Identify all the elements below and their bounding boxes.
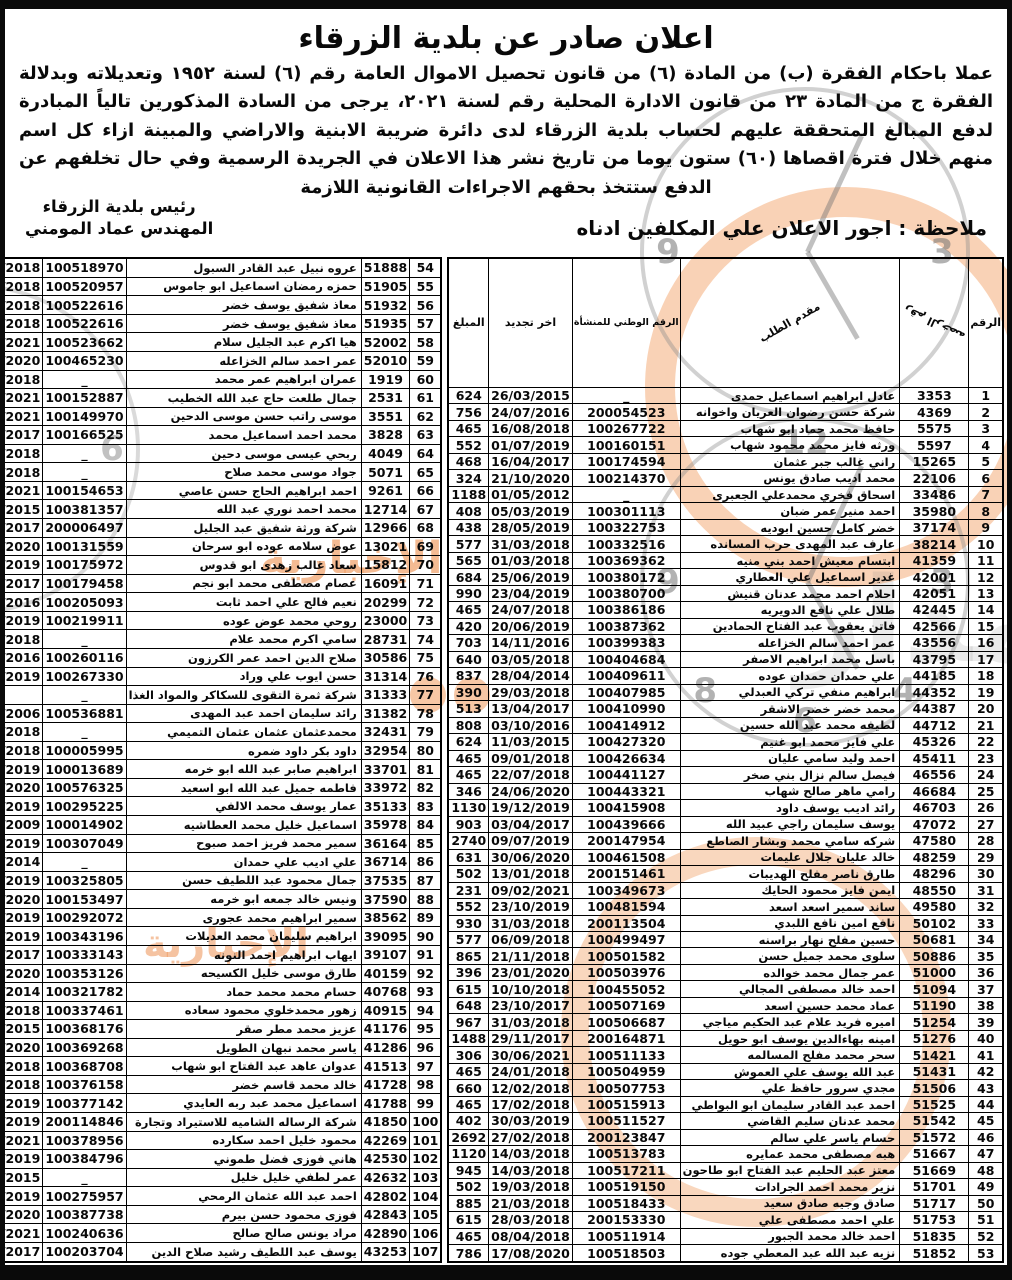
last-renewal-date: 24/06/2020 <box>489 783 573 799</box>
table-row: 8636714علي اديب علي حمدان_13/02/20141215 <box>0 853 441 872</box>
last-renewal-date: 01/03/2018 <box>489 552 573 568</box>
row-number: 87 <box>410 871 442 890</box>
applicant-name: نزيه عبد الله عبد المعطي جوده <box>680 1245 900 1262</box>
table-row: 8536164سمير محمد فريز احمد صبوح100307049… <box>0 834 441 853</box>
applicant-name: محمد احمد نوري عبد الله <box>126 500 361 519</box>
table-row: 4251431عبد الله يوسف علي العموش100504959… <box>448 1063 1003 1079</box>
applicant-name: عوض سلامه عوده ابو سرحان <box>126 537 361 556</box>
table-row: 4551542محمد عدنان سليم القاضي10051152730… <box>448 1113 1003 1129</box>
amount: 756 <box>448 404 488 420</box>
establishment-national-id: 100005995 <box>43 741 126 760</box>
establishment-national-id: 100481594 <box>572 899 680 915</box>
table-row: 9941788اسماعيل محمد عبد ربه العايدي10037… <box>0 1094 441 1113</box>
license-number: 41850 <box>361 1113 410 1132</box>
applicant-name: حسين مفلح نهار براسنه <box>680 931 900 947</box>
applicant-name: احمد عبد القادر سليمان ابو البواطي <box>680 1096 900 1112</box>
establishment-national-id: 100443321 <box>572 783 680 799</box>
last-renewal-date: 14/03/2018 <box>489 1146 573 1162</box>
row-number: 102 <box>410 1150 442 1169</box>
establishment-national-id: 200164871 <box>572 1030 680 1046</box>
applicant-name: روحي محمد عوض عوده <box>126 611 361 630</box>
row-number: 49 <box>969 1179 1003 1195</box>
amount: 786 <box>448 1245 488 1262</box>
applicant-name: فاطمه جميل عبد الله ابو اسعيد <box>126 778 361 797</box>
applicant-name: اسماعيل خليل محمد العطاشيه <box>126 816 361 835</box>
table-row: 7932431محمدعثمان عثمان عثمان التميمي_03/… <box>0 723 441 742</box>
establishment-national-id: 100519150 <box>572 1179 680 1195</box>
license-number: 33701 <box>361 760 410 779</box>
applicant-name: راني غالب جبر عثمان <box>680 453 900 469</box>
establishment-national-id: 100455052 <box>572 981 680 997</box>
amount: 684 <box>448 569 488 585</box>
establishment-national-id: 100325805 <box>43 871 126 890</box>
license-number: 37590 <box>361 890 410 909</box>
amount: 615 <box>448 981 488 997</box>
license-number: 51572 <box>900 1129 969 1145</box>
last-renewal-date: 08/04/2015 <box>0 1020 43 1039</box>
last-renewal-date: 28/03/2018 <box>0 1057 43 1076</box>
amount: 565 <box>448 552 488 568</box>
license-number: 31314 <box>361 667 410 686</box>
amount: 465 <box>448 767 488 783</box>
last-renewal-date: 01/09/2019 <box>0 611 43 630</box>
row-number: 44 <box>969 1096 1003 1112</box>
applicant-name: رائد سليمان احمد عبد المهدى <box>126 704 361 723</box>
table-row: 4951701نزير محمد احمد الجرادات1005191501… <box>448 1179 1003 1195</box>
applicant-name: معاذ شفيق يوسف خضر <box>126 314 361 333</box>
row-number: 63 <box>410 426 442 445</box>
table-row: 2546684رامي ماهر صالح شهاب10044332124/06… <box>448 783 1003 799</box>
establishment-national-id: 100368708 <box>43 1057 126 1076</box>
license-number: 41728 <box>361 1075 410 1094</box>
row-number: 24 <box>969 767 1003 783</box>
establishment-national-id: 100219911 <box>43 611 126 630</box>
establishment-national-id: 100174594 <box>572 453 680 469</box>
establishment-national-id: 100507169 <box>572 997 680 1013</box>
license-number: 32954 <box>361 741 410 760</box>
row-number: 83 <box>410 797 442 816</box>
row-number: 32 <box>969 899 1003 915</box>
last-renewal-date: 08/04/2018 <box>489 1228 573 1244</box>
license-number: 51935 <box>361 314 410 333</box>
establishment-national-id: 100368176 <box>43 1020 126 1039</box>
last-renewal-date: 07/01/2020 <box>0 537 43 556</box>
last-renewal-date: 03/04/2018 <box>0 723 43 742</box>
applicant-name: علي حمدان حمدان عوده <box>680 668 900 684</box>
last-renewal-date: 13/04/2017 <box>489 701 573 717</box>
establishment-national-id: 100337461 <box>43 1001 126 1020</box>
applicant-name: خالد محمد قاسم خضر <box>126 1075 361 1094</box>
row-number: 29 <box>969 849 1003 865</box>
last-renewal-date: 12/09/2017 <box>0 1242 43 1262</box>
applicant-name: فوزى محمود حسن بيرم <box>126 1205 361 1224</box>
applicant-name: شركة الرساله الشاميه للاستيراد وتجارة <box>126 1113 361 1132</box>
last-renewal-date: 27/02/2018 <box>489 1129 573 1145</box>
table-row: 515265راني غالب جبر عثمان10017459416/04/… <box>448 453 1003 469</box>
applicant-name: ايمن فايز محمود الحايك <box>680 882 900 898</box>
announcement-header: اعلان صادر عن بلدية الزرقاء عملا باحكام … <box>5 21 1007 241</box>
last-renewal-date: 01/12/2020 <box>0 778 43 797</box>
table-row: 10642890مراد يونس صالح صالح10024063630/0… <box>0 1224 441 1243</box>
last-renewal-date: 17/01/2015 <box>0 1168 43 1187</box>
license-number: 13021 <box>361 537 410 556</box>
establishment-national-id: 100461508 <box>572 849 680 865</box>
establishment-national-id: 100322753 <box>572 519 680 535</box>
row-number: 98 <box>410 1075 442 1094</box>
table-row: 8335133عمار يوسف محمد الالفي10029522525/… <box>0 797 441 816</box>
table-row: 622106محمد اديب صادق يونس10021437021/10/… <box>448 470 1003 486</box>
license-number: 5575 <box>900 420 969 436</box>
establishment-national-id: 100214370 <box>572 470 680 486</box>
table-row: 6812966شركة ورثة شفيق عبد الجليل20000649… <box>0 519 441 538</box>
license-number: 51753 <box>900 1212 969 1228</box>
establishment-national-id: 100499497 <box>572 931 680 947</box>
establishment-national-id: 100503976 <box>572 964 680 980</box>
last-renewal-date: 28/06/2021 <box>0 407 43 426</box>
establishment-national-id: 100154653 <box>43 481 126 500</box>
row-number: 22 <box>969 734 1003 750</box>
license-number: 47580 <box>900 833 969 849</box>
announcement-page: 9 3 12 9 3 8 4 6 6 الإخبارية الإخبارية م… <box>0 0 1012 1280</box>
license-number: 42843 <box>361 1205 410 1224</box>
table-row: 7731333شركة ثمرة التقوى للسكاكر والمواد … <box>0 686 441 705</box>
establishment-national-id: 100518433 <box>572 1195 680 1211</box>
row-number: 69 <box>410 537 442 556</box>
license-number: 36714 <box>361 853 410 872</box>
establishment-national-id: 100523662 <box>43 333 126 352</box>
last-renewal-date: 19/05/2019 <box>0 834 43 853</box>
applicant-name: احمد وليد سامي عليان <box>680 750 900 766</box>
amount: 465 <box>448 1096 488 1112</box>
establishment-national-id: 100267722 <box>572 420 680 436</box>
table-row: 8233972فاطمه جميل عبد الله ابو اسعيد1005… <box>0 778 441 797</box>
signature-block: رئيس بلدية الزرقاء المهندس عماد المومني <box>25 196 213 241</box>
table-row: 1442445طلال علي نافع الدويريه10038618624… <box>448 602 1003 618</box>
table-row: 612531جمال طلعت حاج عبد الله الخطيب10015… <box>0 389 441 408</box>
license-number: 40159 <box>361 964 410 983</box>
row-number: 1 <box>969 388 1003 404</box>
table-row: 3651000عمر جمال محمد خوالده10050397623/0… <box>448 964 1003 980</box>
table-row: 8737535جمال محمود عبد اللطيف حسن10032580… <box>0 871 441 890</box>
applicant-name: رائد اديب يوسف داود <box>680 800 900 816</box>
row-number: 61 <box>410 389 442 408</box>
applicant-name: سحر محمد مفلح المسالمه <box>680 1047 900 1063</box>
applicant-name: ابراهيم سليمان محمد العديلات <box>126 927 361 946</box>
last-renewal-date: 20/05/2019 <box>0 667 43 686</box>
license-number: 31382 <box>361 704 410 723</box>
row-number: 90 <box>410 927 442 946</box>
last-renewal-date: 31/03/2018 <box>0 444 43 463</box>
establishment-national-id: 100410990 <box>572 701 680 717</box>
establishment-national-id: 100333143 <box>43 945 126 964</box>
establishment-national-id: _ <box>43 463 126 482</box>
applicant-name: عمار يوسف محمد الالفي <box>126 797 361 816</box>
row-number: 38 <box>969 997 1003 1013</box>
applicant-name: سمير محمد فريز احمد صبوح <box>126 834 361 853</box>
row-number: 8 <box>969 503 1003 519</box>
license-number: 42269 <box>361 1131 410 1150</box>
last-renewal-date: _ <box>0 686 43 705</box>
table-row: 1743795باسل محمد ابراهيم الاصفر100404684… <box>448 651 1003 667</box>
license-number: 50681 <box>900 931 969 947</box>
establishment-national-id: 100321782 <box>43 983 126 1002</box>
applicant-name: عمران ابراهيم عمر محمد <box>126 370 361 389</box>
row-number: 81 <box>410 760 442 779</box>
row-number: 62 <box>410 407 442 426</box>
signature-title: رئيس بلدية الزرقاء <box>25 196 213 218</box>
establishment-national-id: 100175972 <box>43 556 126 575</box>
row-number: 50 <box>969 1195 1003 1211</box>
amount: 660 <box>448 1080 488 1096</box>
applicant-name: احمد منير عمر ضبان <box>680 503 900 519</box>
applicant-name: شركة ورثة شفيق عبد الجليل <box>126 519 361 538</box>
establishment-national-id: 200054523 <box>572 404 680 420</box>
last-renewal-date: 20/06/2019 <box>489 618 573 634</box>
last-renewal-date: 30/03/2018 <box>0 463 43 482</box>
applicant-name: عمر لطفي خليل خليل <box>126 1168 361 1187</box>
row-number: 30 <box>969 866 1003 882</box>
last-renewal-date: 21/10/2020 <box>489 470 573 486</box>
table-row: 4851669معتز عبد الحليم عبد الفتاح ابو طا… <box>448 1162 1003 1178</box>
table-row: 2345411احمد وليد سامي عليان10042663409/0… <box>448 750 1003 766</box>
establishment-national-id: 100441127 <box>572 767 680 783</box>
row-number: 57 <box>410 314 442 333</box>
amount: 390 <box>448 684 488 700</box>
row-number: 56 <box>410 296 442 315</box>
applicant-name: رامي ماهر صالح شهاب <box>680 783 900 799</box>
amount: 1120 <box>448 1146 488 1162</box>
license-number: 44352 <box>900 684 969 700</box>
license-number: 46556 <box>900 767 969 783</box>
table-row: 9340768حسام محمد محمد حماد10032178212/03… <box>0 983 441 1002</box>
taxpayer-table-left: 5451888عروه نبيل عبد القادر السبول100518… <box>0 257 442 1263</box>
row-number: 79 <box>410 723 442 742</box>
row-number: 95 <box>410 1020 442 1039</box>
last-renewal-date: 03/04/2017 <box>489 816 573 832</box>
table-row: 2144712لطيفه محمد عبد الله حسين100414912… <box>448 717 1003 733</box>
amount: 465 <box>448 420 488 436</box>
row-number: 21 <box>969 717 1003 733</box>
license-number: 51667 <box>900 1146 969 1162</box>
table-row: 655071جواد موسى محمد صلاح_30/03/2018577 <box>0 463 441 482</box>
table-row: 10041850شركة الرساله الشاميه للاستيراد و… <box>0 1113 441 1132</box>
license-number: 44185 <box>900 668 969 684</box>
establishment-national-id: 100409611 <box>572 668 680 684</box>
license-number: 30586 <box>361 648 410 667</box>
license-number: 35980 <box>900 503 969 519</box>
license-number: 5597 <box>900 437 969 453</box>
signature-name: المهندس عماد المومني <box>25 218 213 240</box>
license-number: 42632 <box>361 1168 410 1187</box>
table-row: 5351852نزيه عبد الله عبد المعطي جوده1005… <box>448 1245 1003 1262</box>
establishment-national-id: 200147954 <box>572 833 680 849</box>
establishment-national-id: _ <box>43 370 126 389</box>
applicant-name: علي احمد مصطفى علي <box>680 1212 900 1228</box>
license-number: 28731 <box>361 630 410 649</box>
row-number: 74 <box>410 630 442 649</box>
applicant-name: عمر جمال محمد خوالده <box>680 964 900 980</box>
license-number: 15265 <box>900 453 969 469</box>
establishment-national-id: 100307049 <box>43 834 126 853</box>
establishment-national-id: 100576325 <box>43 778 126 797</box>
row-number: 53 <box>969 1245 1003 1262</box>
establishment-national-id: 100517211 <box>572 1162 680 1178</box>
table-row: 7530586صلاح الدين احمد عمر الكرزون100260… <box>0 648 441 667</box>
row-number: 27 <box>969 816 1003 832</box>
license-number: 33972 <box>361 778 410 797</box>
last-renewal-date: 19/03/2018 <box>489 1179 573 1195</box>
amount: 837 <box>448 668 488 684</box>
establishment-national-id: 100152887 <box>43 389 126 408</box>
row-number: 4 <box>969 437 1003 453</box>
applicant-name: سامي اكرم محمد علام <box>126 630 361 649</box>
row-number: 86 <box>410 853 442 872</box>
applicant-name: احلام احمد محمد عدنان قنيش <box>680 585 900 601</box>
last-renewal-date: 26/01/2015 <box>0 500 43 519</box>
last-renewal-date: 28/05/2019 <box>489 519 573 535</box>
row-number: 45 <box>969 1113 1003 1129</box>
establishment-national-id: 100292072 <box>43 908 126 927</box>
license-number: 48550 <box>900 882 969 898</box>
applicant-name: محمد خضر خضر الاشقر <box>680 701 900 717</box>
license-number: 42890 <box>361 1224 410 1243</box>
last-renewal-date: 24/07/2018 <box>489 602 573 618</box>
table-row: 2847580شركه سامي محمد وبشار الصاطع200147… <box>448 833 1003 849</box>
establishment-national-id: 100427320 <box>572 734 680 750</box>
last-renewal-date: 03/10/2016 <box>489 717 573 733</box>
row-number: 48 <box>969 1162 1003 1178</box>
license-number: 15812 <box>361 556 410 575</box>
last-renewal-date: 01/05/2012 <box>489 486 573 502</box>
table-row: 10342632عمر لطفي خليل خليل_17/01/2015198… <box>0 1168 441 1187</box>
amount: 346 <box>448 783 488 799</box>
row-number: 26 <box>969 800 1003 816</box>
last-renewal-date: 22/07/2019 <box>0 760 43 779</box>
amount: 465 <box>448 602 488 618</box>
applicant-name: داود بكر داود ضمره <box>126 741 361 760</box>
establishment-national-id: 100301113 <box>572 503 680 519</box>
establishment-national-id: 100349673 <box>572 882 680 898</box>
applicant-name: نافع امين نافع اللبدي <box>680 915 900 931</box>
last-renewal-date: 14/04/2018 <box>0 277 43 296</box>
amount: 502 <box>448 1179 488 1195</box>
table-row: 1342051احلام احمد محمد عدنان قنيش1003807… <box>448 585 1003 601</box>
table-row: 7116091عصام مصطفى محمد ابو نجم1001794581… <box>0 574 441 593</box>
row-number: 89 <box>410 908 442 927</box>
row-number: 104 <box>410 1187 442 1206</box>
applicant-name: محمدعثمان عثمان عثمان التميمي <box>126 723 361 742</box>
applicant-name: جمال طلعت حاج عبد الله الخطيب <box>126 389 361 408</box>
amount: 865 <box>448 948 488 964</box>
amount: 624 <box>448 388 488 404</box>
row-number: 13 <box>969 585 1003 601</box>
amount: 945 <box>448 1162 488 1178</box>
applicant-name: محمد اديب صادق يونس <box>680 470 900 486</box>
last-renewal-date: 19/12/2019 <box>489 800 573 816</box>
establishment-national-id: 100153497 <box>43 890 126 909</box>
license-number: 51431 <box>900 1063 969 1079</box>
establishment-national-id: 100369268 <box>43 1038 126 1057</box>
establishment-national-id: 100149970 <box>43 407 126 426</box>
license-number: 36164 <box>361 834 410 853</box>
table-row: 4051276امينه بهاءالدين يوسف ابو حويل2001… <box>448 1030 1003 1046</box>
last-renewal-date: 24/07/2016 <box>489 404 573 420</box>
establishment-national-id: 100518970 <box>43 258 126 277</box>
table-header-row: الرقم رقم الرخصه مقدم الطلب الرقم الوطني… <box>448 258 1003 388</box>
table-row: 10442802احمد عبد الله عثمان الرمحي100275… <box>0 1187 441 1206</box>
col-header-amount: المبلغ <box>448 258 488 388</box>
row-number: 6 <box>969 470 1003 486</box>
last-renewal-date: 28/02/2019 <box>0 1094 43 1113</box>
establishment-national-id: 100415908 <box>572 800 680 816</box>
license-number: 43795 <box>900 651 969 667</box>
last-renewal-date: 31/03/2019 <box>0 927 43 946</box>
establishment-national-id: 100506687 <box>572 1014 680 1030</box>
row-number: 33 <box>969 915 1003 931</box>
establishment-national-id: 100522616 <box>43 314 126 333</box>
license-number: 33486 <box>900 486 969 502</box>
applicant-name: ورثه فايز محمد محمود شهاب <box>680 437 900 453</box>
row-number: 19 <box>969 684 1003 700</box>
applicant-name: يوسف عبد اللطيف رشيد صلاح الدين <box>126 1242 361 1262</box>
license-number: 41513 <box>361 1057 410 1076</box>
row-number: 67 <box>410 500 442 519</box>
license-number: 46684 <box>900 783 969 799</box>
last-renewal-date: 11/02/2006 <box>0 704 43 723</box>
applicant-name: عدوان عاهد عبد الفتاح ابو شهاب <box>126 1057 361 1076</box>
table-row: 7015812سعاد غالب زهدى ابو قدوس1001759720… <box>0 556 441 575</box>
establishment-national-id: 100369362 <box>572 552 680 568</box>
amount: 1488 <box>448 1030 488 1046</box>
table-row: 7428731سامي اكرم محمد علام_06/01/2018660 <box>0 630 441 649</box>
table-row: 9841728خالد محمد قاسم خضر10037615808/07/… <box>0 1075 441 1094</box>
applicant-name: موسى راتب حسن موسى الدحين <box>126 407 361 426</box>
table-row: 3148550ايمن فايز محمود الحايك10034967309… <box>448 882 1003 898</box>
amount: 624 <box>448 734 488 750</box>
table-row: 3450681حسين مفلح نهار براسنه10049949706/… <box>448 931 1003 947</box>
table-row: 2747072يوسف سليمان راجي عبيد الله1004396… <box>448 816 1003 832</box>
last-renewal-date: 28/07/2018 <box>0 741 43 760</box>
table-row: 1141359ابتسام معيش احمد بني منيه10036936… <box>448 552 1003 568</box>
license-number: 52002 <box>361 333 410 352</box>
table-row: 9641286ياسر محمد نبهان الطويل10036926821… <box>0 1038 441 1057</box>
table-row: 5151753علي احمد مصطفى علي20015333028/03/… <box>448 1212 1003 1228</box>
license-number: 42566 <box>900 618 969 634</box>
last-renewal-date: 17/08/2020 <box>489 1245 573 1262</box>
row-number: 28 <box>969 833 1003 849</box>
table-row: 1242001غدير اسماعيل علي العطاري100380172… <box>448 569 1003 585</box>
establishment-national-id: 100380700 <box>572 585 680 601</box>
row-number: 52 <box>969 1228 1003 1244</box>
row-number: 76 <box>410 667 442 686</box>
establishment-national-id: 100513783 <box>572 1146 680 1162</box>
applicant-name: سمير ابراهيم محمد عجورى <box>126 908 361 927</box>
amount: 577 <box>448 931 488 947</box>
last-renewal-date: 08/07/2018 <box>0 1075 43 1094</box>
table-row: 669261احمد ابراهيم الحاج حسن عاصي1001546… <box>0 481 441 500</box>
row-number: 93 <box>410 983 442 1002</box>
license-number: 51888 <box>361 258 410 277</box>
last-renewal-date: 29/11/2017 <box>489 1030 573 1046</box>
last-renewal-date: 05/03/2019 <box>489 503 573 519</box>
amount: 631 <box>448 849 488 865</box>
applicant-name: حافظ محمد حماد ابو شهاب <box>680 420 900 436</box>
amount: 1188 <box>448 486 488 502</box>
license-number: 42802 <box>361 1187 410 1206</box>
last-renewal-date: 12/02/2018 <box>489 1080 573 1096</box>
applicant-name: ياسر محمد نبهان الطويل <box>126 1038 361 1057</box>
applicant-name: هاني فوزى فضل طموني <box>126 1150 361 1169</box>
